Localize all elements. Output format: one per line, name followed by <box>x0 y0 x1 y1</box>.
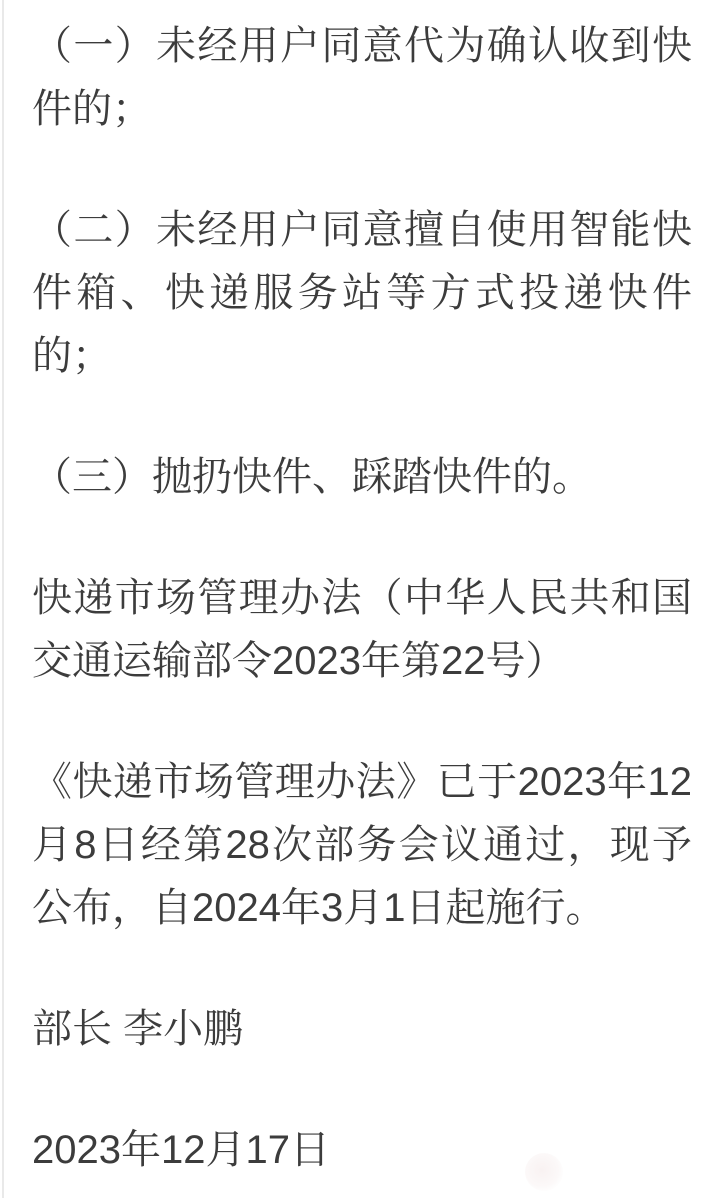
clause-item-3: （三）抛扔快件、踩踏快件的。 <box>32 446 692 509</box>
clause-item-2: （二）未经用户同意擅自使用智能快件箱、快递服务站等方式投递快件的； <box>32 199 692 388</box>
promulgation-statement: 《快递市场管理办法》已于2023年12月8日经第28次部务会议通过，现予公布，自… <box>32 751 692 940</box>
clause-item-1: （一）未经用户同意代为确认收到快件的； <box>32 15 692 141</box>
article-body: （一）未经用户同意代为确认收到快件的； （二）未经用户同意擅自使用智能快件箱、快… <box>0 0 716 1182</box>
date-line: 2023年12月17日 <box>32 1119 692 1182</box>
regulation-title-line: 快递市场管理办法（中华人民共和国交通运输部令2023年第22号） <box>32 567 692 693</box>
signature-line: 部长 李小鹏 <box>32 998 692 1061</box>
